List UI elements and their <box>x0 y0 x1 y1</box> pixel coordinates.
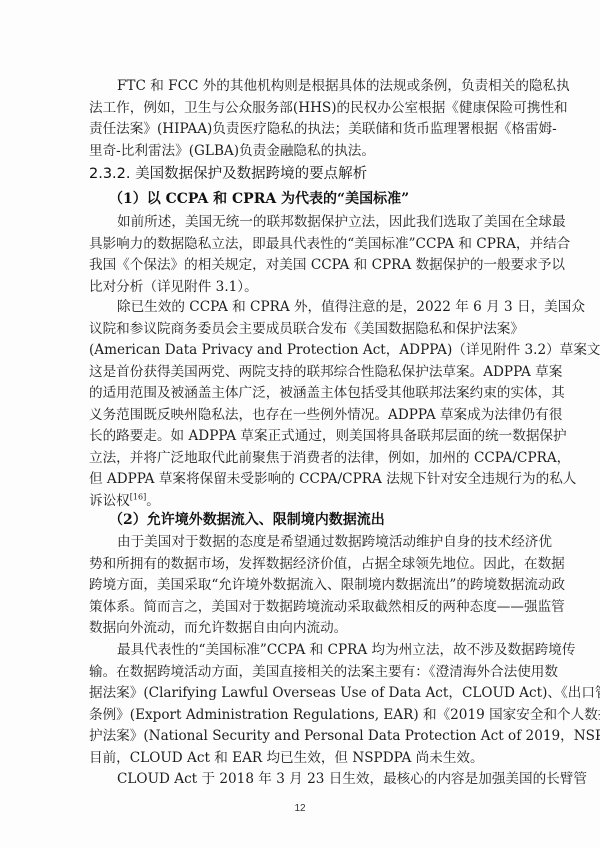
text-line: 但 ADPPA 草案将保留未受影响的 CCPA/CPRA 法规下针对安全违规行为… <box>89 469 510 489</box>
text-fragment: 。 <box>146 493 160 509</box>
text-fragment: 诉讼权 <box>89 493 130 509</box>
text-line: 的适用范围及被涵盖主体广泛，被涵盖主体包括受其他联邦法案约束的实体，其 <box>89 383 510 403</box>
text-line: 我国《个保法》的相关规定，对美国 CCPA 和 CPRA 数据保护的一般要求予以 <box>89 255 510 275</box>
text-line: 条例》(Export Administration Regulations, E… <box>89 705 510 725</box>
text-line: 最具代表性的“美国标准”CCPA 和 CPRA 均为州立法，故不涉及数据跨境传 <box>117 640 510 660</box>
text-line: 长的路要走。如 ADPPA 草案正式通过，则美国将具备联邦层面的统一数据保护 <box>89 426 510 446</box>
text-line: FTC 和 FCC 外的其他机构则是根据具体的法规或条例，负责相关的隐私执 <box>117 76 510 96</box>
text-line: 势和所拥有的数据市场，发挥数据经济价值，占据全球领先地位。因此，在数据 <box>89 554 510 574</box>
text-line: 数据向外流动，而允许数据自由向内流动。 <box>89 618 510 638</box>
text-line: 策体系。简而言之，美国对于数据跨境流动采取截然相反的两种态度——强监管 <box>89 597 510 617</box>
text-line: 输。在数据跨境活动方面，美国直接相关的法案主要有：《澄清海外合法使用数 <box>89 662 510 682</box>
text-line: 立法，并将广泛地取代此前聚焦于消费者的法律，例如，加州的 CCPA/CPRA， <box>89 448 510 468</box>
text-line: 比对分析（详见附件 3.1）。 <box>89 277 510 297</box>
text-line: (American Data Privacy and Protection Ac… <box>89 340 510 360</box>
text-line: 除已生效的 CCPA 和 CPRA 外，值得注意的是，2022 年 6 月 3 … <box>117 297 510 317</box>
text-line: 责任法案》(HIPAA)负责医疗隐私的执法；美联储和货币监理署根据《格雷姆- <box>89 119 510 139</box>
text-line: 议院和参议院商务委员会主要成员联合发布《美国数据隐私和保护法案》 <box>89 319 510 339</box>
text-line: 护法案》(National Security and Personal Data… <box>89 726 510 746</box>
text-line: 这是首份获得美国两党、两院支持的联邦综合性隐私保护法草案。ADPPA 草案 <box>89 362 510 382</box>
text-line: CLOUD Act 于 2018 年 3 月 23 日生效，最核心的内容是加强美… <box>117 769 510 789</box>
citation-reference[interactable]: [16] <box>130 492 146 501</box>
text-line: 目前，CLOUD Act 和 EAR 均已生效，但 NSPDPA 尚未生效。 <box>89 748 510 768</box>
section-heading: 2.3.2. 美国数据保护及数据跨境的要点解析 <box>89 164 367 184</box>
text-line: 由于美国对于数据的态度是希望通过数据跨境活动维护自身的技术经济优 <box>117 532 510 552</box>
text-line: 具影响力的数据隐私立法，即最具代表性的“美国标准”CCPA 和 CPRA，并结合 <box>89 234 510 254</box>
text-line: 跨境方面，美国采取“允许境外数据流入、限制境内数据流出”的跨境数据流动政 <box>89 575 510 595</box>
text-line: 义务范围既反映州隐私法，也存在一些例外情况。ADPPA 草案成为法律仍有很 <box>89 405 510 425</box>
document-page: FTC 和 FCC 外的其他机构则是根据具体的法规或条例，负责相关的隐私执 法工… <box>0 0 600 848</box>
text-line: 里奇-比利雷法》(GLBA)负责金融隐私的执法。 <box>89 141 510 161</box>
text-line: 据法案》(Clarifying Lawful Overseas Use of D… <box>89 683 510 703</box>
page-number: 12 <box>0 803 600 814</box>
subheading-data-flow: （2）允许境外数据流入、限制境内数据流出 <box>109 510 385 530</box>
subheading-us-standard: （1）以 CCPA 和 CPRA 为代表的“美国标准” <box>109 189 409 209</box>
text-line: 诉讼权[16]。 <box>89 491 510 511</box>
text-line: 如前所述，美国无统一的联邦数据保护立法，因此我们选取了美国在全球最 <box>117 212 510 232</box>
text-line: 法工作，例如，卫生与公众服务部(HHS)的民权办公室根据《健康保险可携性和 <box>89 98 510 118</box>
